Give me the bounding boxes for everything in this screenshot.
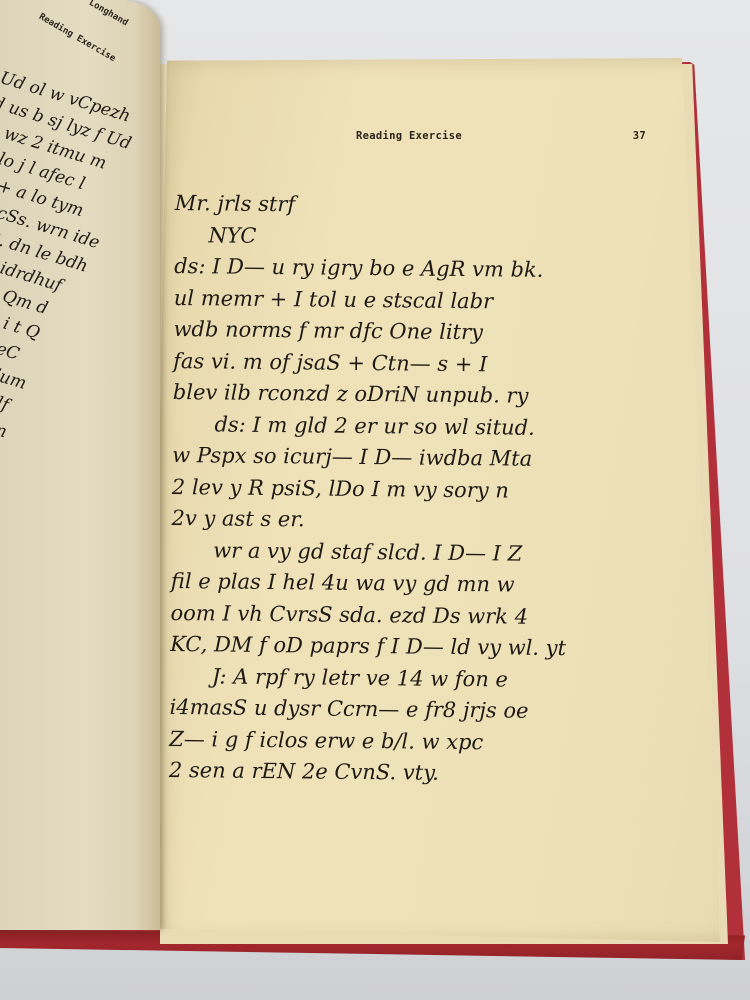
running-head: Reading Exercise 37	[356, 130, 646, 142]
text-line: wdb norms f mr dfc One litry	[173, 314, 653, 351]
text-line: 2v y ast s er.	[171, 503, 651, 540]
left-page-shorthand: l Ud ol w vCpezh Pd us b sj lyz f Ud . w…	[0, 62, 160, 610]
text-line: blev ilb rconzd z oDriN unpub. ry	[173, 377, 653, 414]
text-line: wr a vy gd staf slcd. I D— I Z	[171, 534, 651, 571]
text-line: w Pspx so icurj— I D— iwdba Mta	[172, 440, 652, 477]
left-running-head-top: Longhand	[87, 0, 130, 28]
book-photo: Reading Exercise 37 Mr. jrls strf NYC ds…	[0, 0, 750, 1000]
text-line: ds: I m gld 2 er ur so wl situd.	[172, 408, 652, 445]
text-line: ds: I D— u ry igry bo e AgR vm bk.	[174, 251, 654, 288]
page-number: 37	[633, 130, 646, 142]
text-line: 2 sen a rEN 2e CvnS. vty.	[169, 755, 649, 792]
text-line: fas vi. m of jsaS + Ctn— s + I	[173, 345, 653, 382]
left-page-curled: Longhand Reading Exercise l Ud ol w vCpe…	[0, 0, 160, 930]
text-line: NYC	[174, 219, 654, 256]
text-line: fil e plas I hel 4u wa vy gd mn w	[171, 566, 651, 603]
shorthand-letter: Mr. jrls strf NYC ds: I D— u ry igry bo …	[169, 188, 655, 791]
text-line: Z— i g f iclos erw e b/l. w xpc	[169, 723, 649, 760]
running-head-title: Reading Exercise	[356, 130, 462, 142]
text-line: 2 lev y R psiS, lDo I m vy sory n	[172, 471, 652, 508]
text-line: oom I vh CvrsS sda. ezd Ds wrk 4	[170, 597, 650, 634]
left-running-head: Reading Exercise	[37, 12, 117, 64]
text-line: J: A rpf ry letr ve 14 w fon e	[170, 660, 650, 697]
text-line: ul memr + I tol u e stscal labr	[174, 282, 654, 319]
text-line: Mr. jrls strf	[175, 188, 655, 225]
text-line: i4masS u dysr Ccrn— e fr8 jrjs oe	[169, 692, 649, 729]
text-line: KC, DM f oD paprs f I D— ld vy wl. yt	[170, 629, 650, 666]
